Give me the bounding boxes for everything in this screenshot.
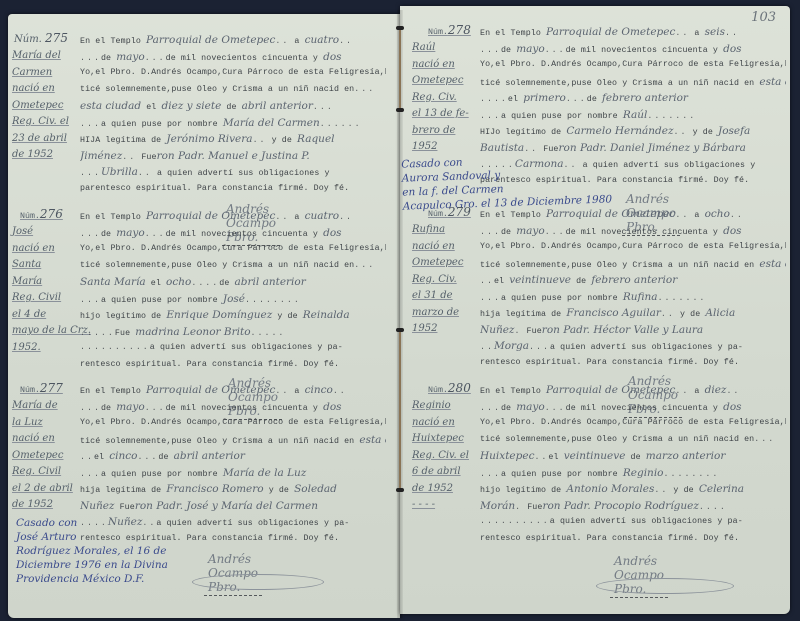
entry-margin-notes: María del Carmen nació en Ometepec Reg. … [12,48,72,164]
signature-flourish [596,578,734,594]
binding-knot [396,488,404,492]
signature-flourish [192,574,324,590]
binding-knot [396,108,404,112]
binding-knot [396,26,404,30]
binding-knot [396,328,404,332]
binding-thread [399,28,401,108]
margin-note: María del [12,48,72,65]
binding-thread [399,330,401,490]
margin-note: Carmen [12,65,72,82]
margin-note: 23 de abril [12,131,72,148]
margin-note: nació en [12,81,72,98]
entry-margin-notes: José nació en Santa María Reg. Civil el … [12,224,72,356]
entry-margin-notes: Rufina nació en Ometepec Reg. Civ. el 31… [412,222,472,338]
entry-body: En el Templo Parroquial de Ometepec.. a … [80,208,386,373]
margin-note: Ometepec [12,98,72,115]
margin-note: de 1952 [12,147,72,164]
margin-note: Reg. Civ. el [12,114,72,131]
entry-margin-notes: María de la Luz nació en Ometepec Reg. C… [12,398,72,514]
entry-body: En el Templo Parroquial de Ometepec.. a … [80,32,386,197]
folio-number: 103 [751,10,776,25]
marriage-annotation: Casado con José Arturo Rodríguez Morales… [16,516,168,586]
entry-margin-notes: Raúl nació en Ometepec Reg. Civ. el 13 d… [412,40,472,156]
entry-margin-notes: Reginio nació en Huixtepec Reg. Civ. el … [412,398,472,514]
entry-body: En el Templo Parroquial de Ometepec.. a … [480,206,786,371]
entry-number: Núm. 275 [14,30,74,49]
entry-body: En el Templo Parroquial de Ometepec.. a … [480,382,786,547]
